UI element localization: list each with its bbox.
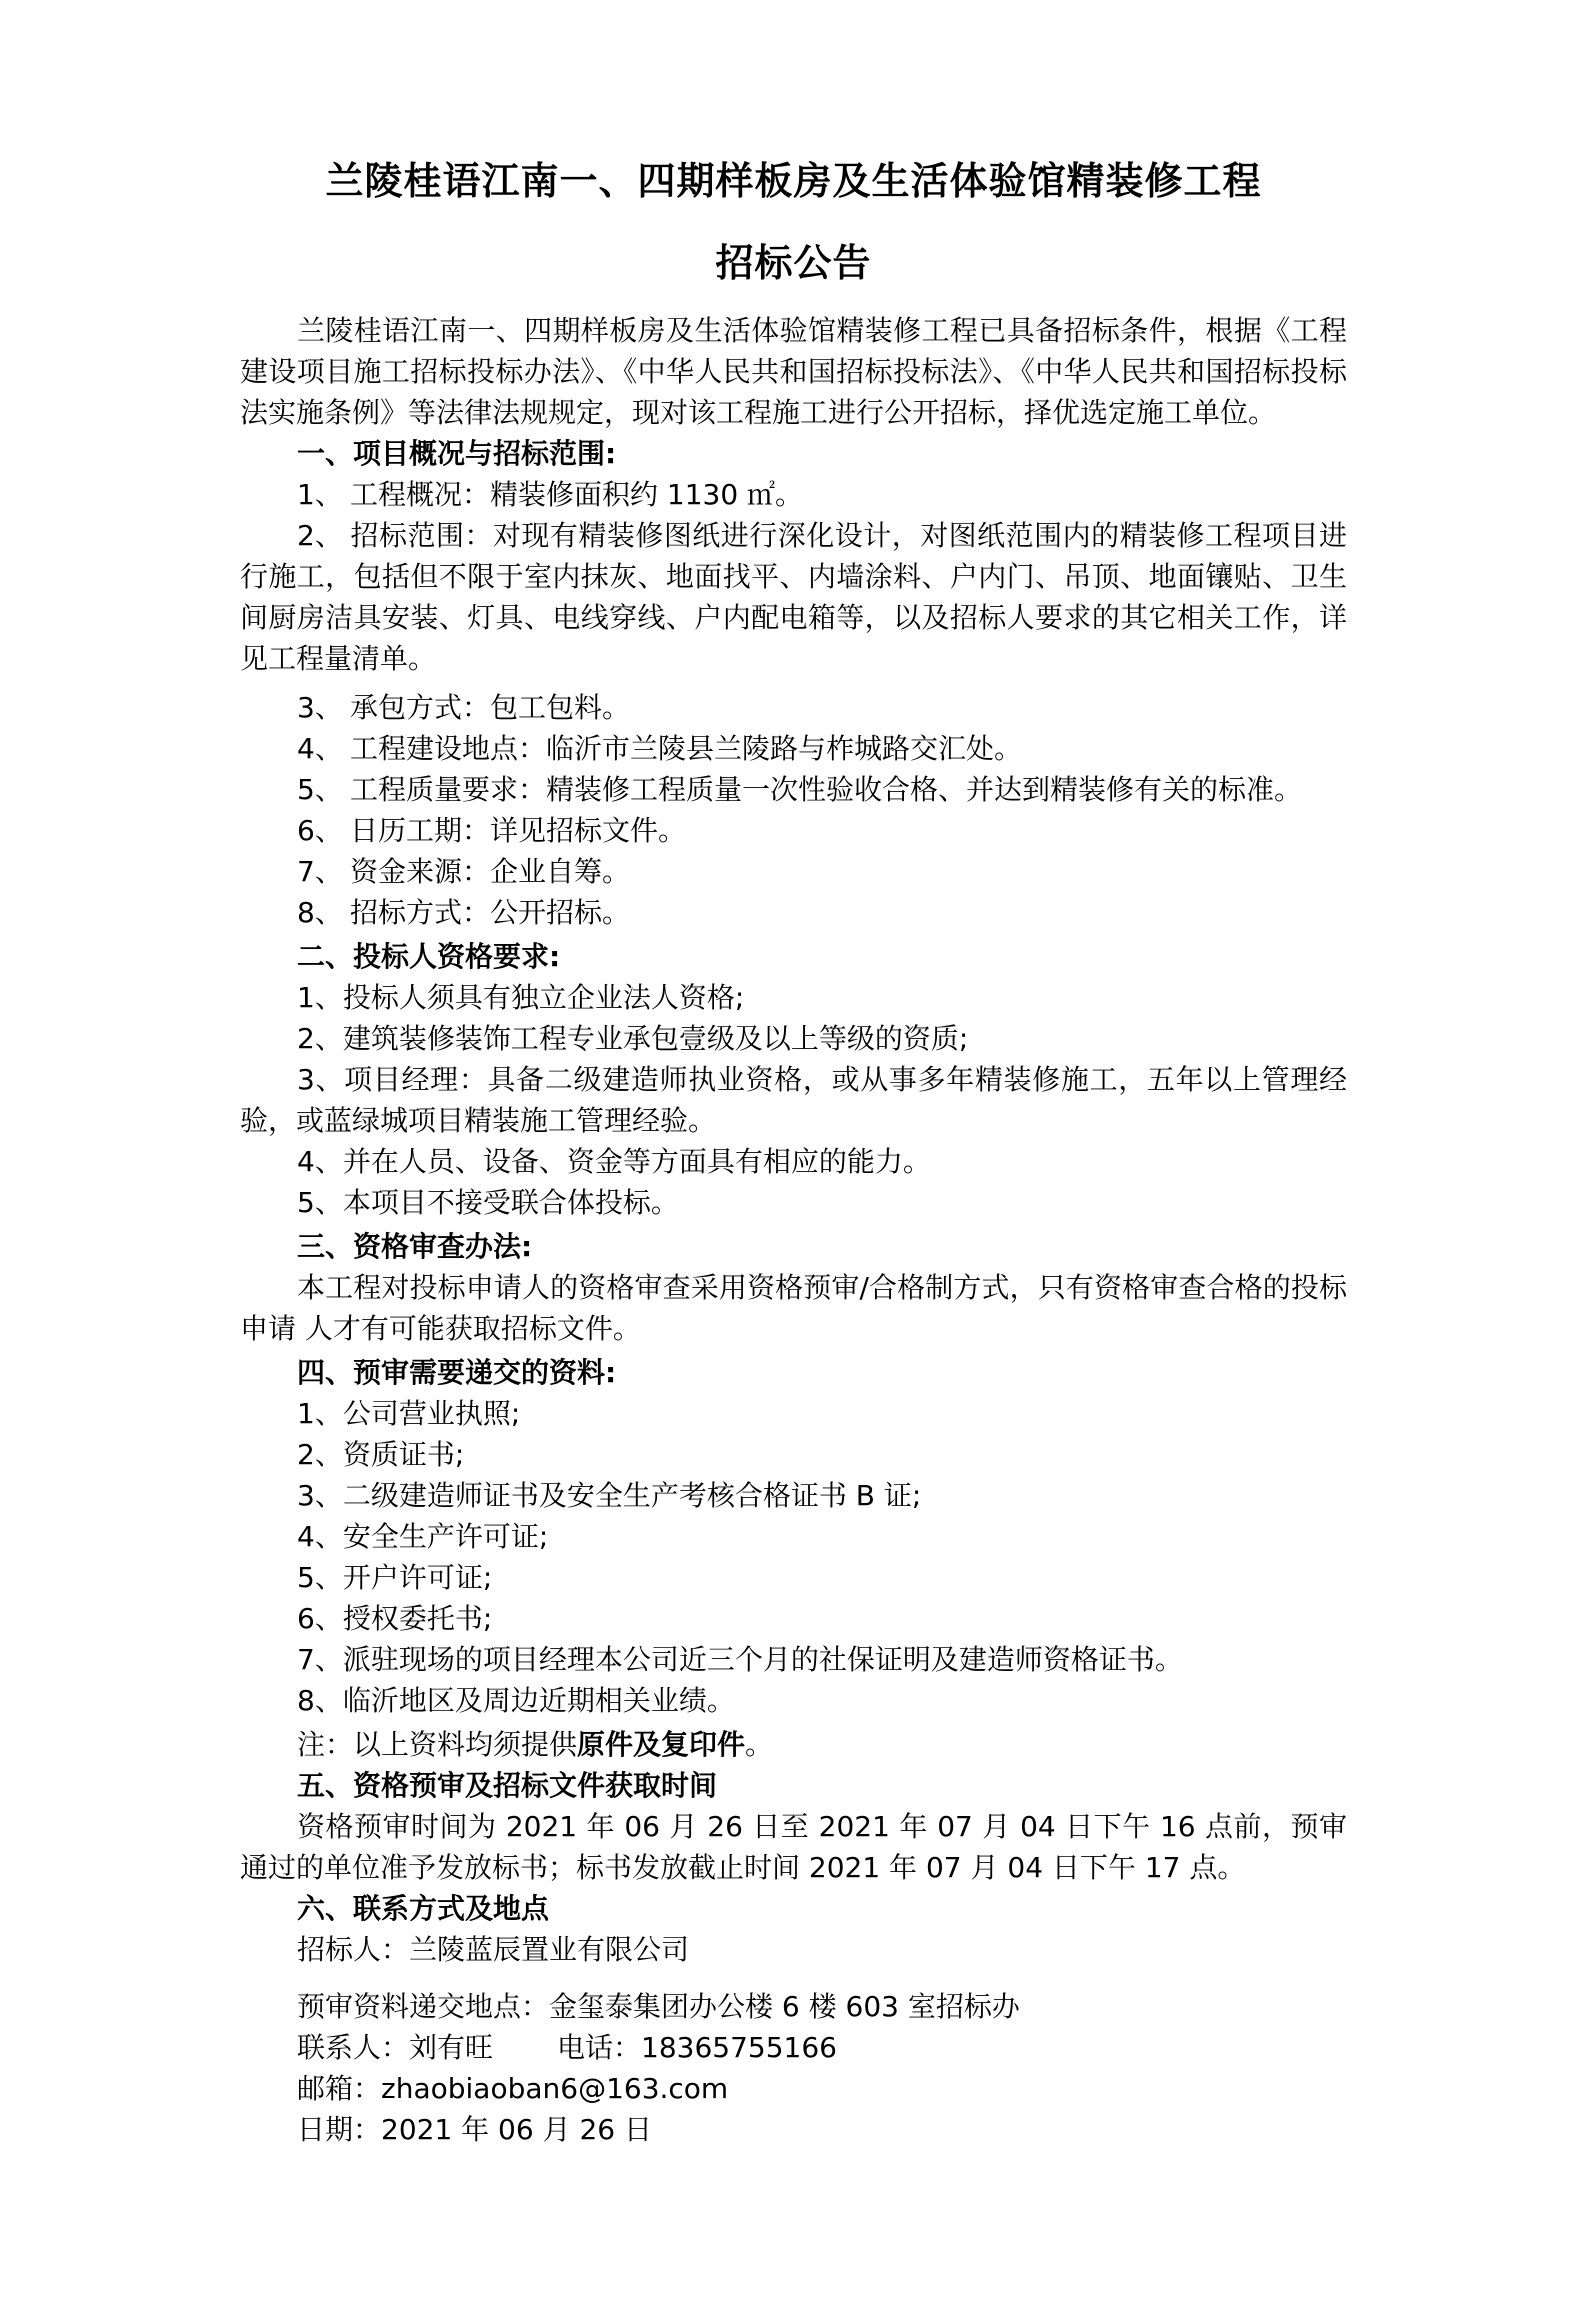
s1-item-1-num: 1、	[297, 474, 350, 515]
section5-heading: 五、资格预审及招标文件获取时间	[240, 1765, 1347, 1806]
s1-item-6: 6、日历工期：详见招标文件。	[240, 810, 1347, 851]
s2-item-4: 4、并在人员、设备、资金等方面具有相应的能力。	[240, 1141, 1347, 1182]
section3-heading: 三、资格审查办法:	[240, 1226, 1347, 1267]
email-line: 邮箱：zhaobiaoban6@163.com	[240, 2068, 1347, 2109]
s4-item-6: 6、授权委托书;	[240, 1598, 1347, 1639]
s4-note: 注：以上资料均须提供原件及复印件。	[240, 1724, 1347, 1765]
s1-item-1: 1、工程概况：精装修面积约 1130 ㎡。	[240, 474, 1347, 515]
s1-item-2-num: 2、	[297, 515, 350, 556]
document-page: 兰陵桂语江南一、四期样板房及生活体验馆精装修工程 招标公告 兰陵桂语江南一、四期…	[0, 0, 1587, 2303]
section4-heading: 四、预审需要递交的资料:	[240, 1352, 1347, 1393]
tender-announcement-document: 兰陵桂语江南一、四期样板房及生活体验馆精装修工程 招标公告 兰陵桂语江南一、四期…	[240, 140, 1347, 2150]
s1-item-5-num: 5、	[297, 769, 350, 810]
s4-note-suffix: 。	[745, 1728, 773, 1761]
section1-heading: 一、项目概况与招标范围:	[240, 433, 1347, 474]
s1-item-5-text: 工程质量要求：精装修工程质量一次性验收合格、并达到精装修有关的标准。	[350, 773, 1302, 806]
s1-item-3: 3、承包方式：包工包料。	[240, 687, 1347, 728]
s1-item-5: 5、工程质量要求：精装修工程质量一次性验收合格、并达到精装修有关的标准。	[240, 769, 1347, 810]
s4-item-7: 7、派驻现场的项目经理本公司近三个月的社保证明及建造师资格证书。	[240, 1639, 1347, 1680]
s4-note-bold: 原件及复印件	[577, 1728, 745, 1761]
section2-heading: 二、投标人资格要求:	[240, 936, 1347, 977]
title-line-2: 招标公告	[240, 222, 1347, 304]
intro-paragraph: 兰陵桂语江南一、四期样板房及生活体验馆精装修工程已具备招标条件，根据《工程建设项…	[240, 310, 1347, 433]
s4-item-2: 2、资质证书;	[240, 1434, 1347, 1475]
s1-item-7-num: 7、	[297, 851, 350, 892]
s1-item-3-text: 承包方式：包工包料。	[350, 691, 630, 724]
section5-body: 资格预审时间为 2021 年 06 月 26 日至 2021 年 07 月 04…	[240, 1806, 1347, 1888]
s1-item-8-text: 招标方式：公开招标。	[350, 896, 630, 929]
section3-body: 本工程对投标申请人的资格审查采用资格预审/合格制方式，只有资格审查合格的投标申请…	[240, 1267, 1347, 1349]
s4-item-3: 3、二级建造师证书及安全生产考核合格证书 B 证;	[240, 1475, 1347, 1516]
s1-item-3-num: 3、	[297, 687, 350, 728]
contact-line: 联系人：刘有旺电话：18365755166	[240, 2027, 1347, 2068]
s1-item-1-text: 工程概况：精装修面积约 1130 ㎡。	[350, 478, 803, 511]
s1-item-4-text: 工程建设地点：临沂市兰陵县兰陵路与柞城路交汇处。	[350, 732, 1022, 765]
section6-heading: 六、联系方式及地点	[240, 1888, 1347, 1929]
s1-item-7-text: 资金来源：企业自筹。	[350, 855, 630, 888]
contact-phone: 电话：18365755166	[557, 2031, 837, 2064]
s1-item-2: 2、招标范围：对现有精装修图纸进行深化设计，对图纸范围内的精装修工程项目进行施工…	[240, 515, 1347, 679]
s1-item-4-num: 4、	[297, 728, 350, 769]
title-line-1: 兰陵桂语江南一、四期样板房及生活体验馆精装修工程	[240, 140, 1347, 222]
s2-item-3: 3、项目经理：具备二级建造师执业资格，或从事多年精装修施工，五年以上管理经验，或…	[240, 1059, 1347, 1141]
s1-item-7: 7、资金来源：企业自筹。	[240, 851, 1347, 892]
s2-item-2: 2、建筑装修装饰工程专业承包壹级及以上等级的资质;	[240, 1018, 1347, 1059]
date-line: 日期：2021 年 06 月 26 日	[240, 2109, 1347, 2150]
s1-item-2-text: 招标范围：对现有精装修图纸进行深化设计，对图纸范围内的精装修工程项目进行施工，包…	[240, 519, 1347, 675]
s4-item-5: 5、开户许可证;	[240, 1557, 1347, 1598]
s1-item-6-num: 6、	[297, 810, 350, 851]
s1-item-4: 4、工程建设地点：临沂市兰陵县兰陵路与柞城路交汇处。	[240, 728, 1347, 769]
s4-note-prefix: 注：以上资料均须提供	[297, 1728, 577, 1761]
document-title: 兰陵桂语江南一、四期样板房及生活体验馆精装修工程 招标公告	[240, 140, 1347, 304]
s1-item-8-num: 8、	[297, 892, 350, 933]
s4-item-8: 8、临沂地区及周边近期相关业绩。	[240, 1680, 1347, 1721]
s2-item-1: 1、投标人须具有独立企业法人资格;	[240, 977, 1347, 1018]
s1-item-6-text: 日历工期：详见招标文件。	[350, 814, 686, 847]
s1-item-8: 8、招标方式：公开招标。	[240, 892, 1347, 933]
submission-address-line: 预审资料递交地点：金玺泰集团办公楼 6 楼 603 室招标办	[240, 1986, 1347, 2027]
contact-person: 联系人：刘有旺	[297, 2031, 493, 2064]
s4-item-1: 1、公司营业执照;	[240, 1393, 1347, 1434]
s2-item-5: 5、本项目不接受联合体投标。	[240, 1182, 1347, 1223]
tenderer-line: 招标人：兰陵蓝辰置业有限公司	[240, 1929, 1347, 1970]
s4-item-4: 4、安全生产许可证;	[240, 1516, 1347, 1557]
document-body: 兰陵桂语江南一、四期样板房及生活体验馆精装修工程已具备招标条件，根据《工程建设项…	[240, 310, 1347, 2150]
